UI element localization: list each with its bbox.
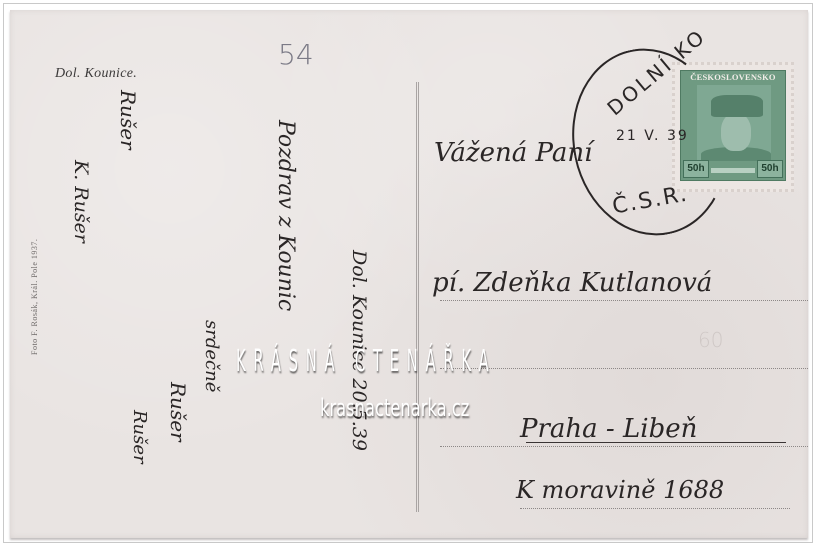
postmark-date: 21 V. 39 — [616, 128, 689, 144]
stamp-value-right: 50h — [757, 160, 783, 178]
pencil-faint-number: 60 — [698, 328, 723, 352]
signature-3: Rušer — [116, 90, 140, 150]
address-city: Praha - Libeň — [520, 414, 697, 444]
center-divider — [416, 82, 419, 512]
signature-4: Rušer — [129, 410, 150, 464]
watermark-title: KRÁSNÁ ČTENÁŘKA — [236, 344, 588, 379]
pencil-number: 54 — [278, 38, 314, 71]
signature-1: Rušer — [166, 382, 190, 442]
address-line-3 — [440, 446, 808, 447]
message-greeting: Pozdrav z Kounic — [273, 120, 298, 311]
signature-2: K. Rušer — [70, 160, 92, 243]
place-title: Dol. Kounice. — [55, 66, 137, 82]
address-line-1 — [440, 300, 808, 301]
message-closing: srdečně — [201, 320, 222, 392]
address-street: K moravině 1688 — [516, 476, 724, 504]
city-underline — [526, 442, 786, 443]
address-name: pí. Zdeňka Kutlanová — [432, 268, 712, 298]
address-line-4 — [520, 508, 790, 509]
watermark-url: krasnactenarka.cz — [320, 394, 469, 422]
address-salutation: Vážená Paní — [434, 138, 592, 168]
photo-credit: Foto F. Rosák, Král. Pole 1937. — [30, 239, 39, 355]
